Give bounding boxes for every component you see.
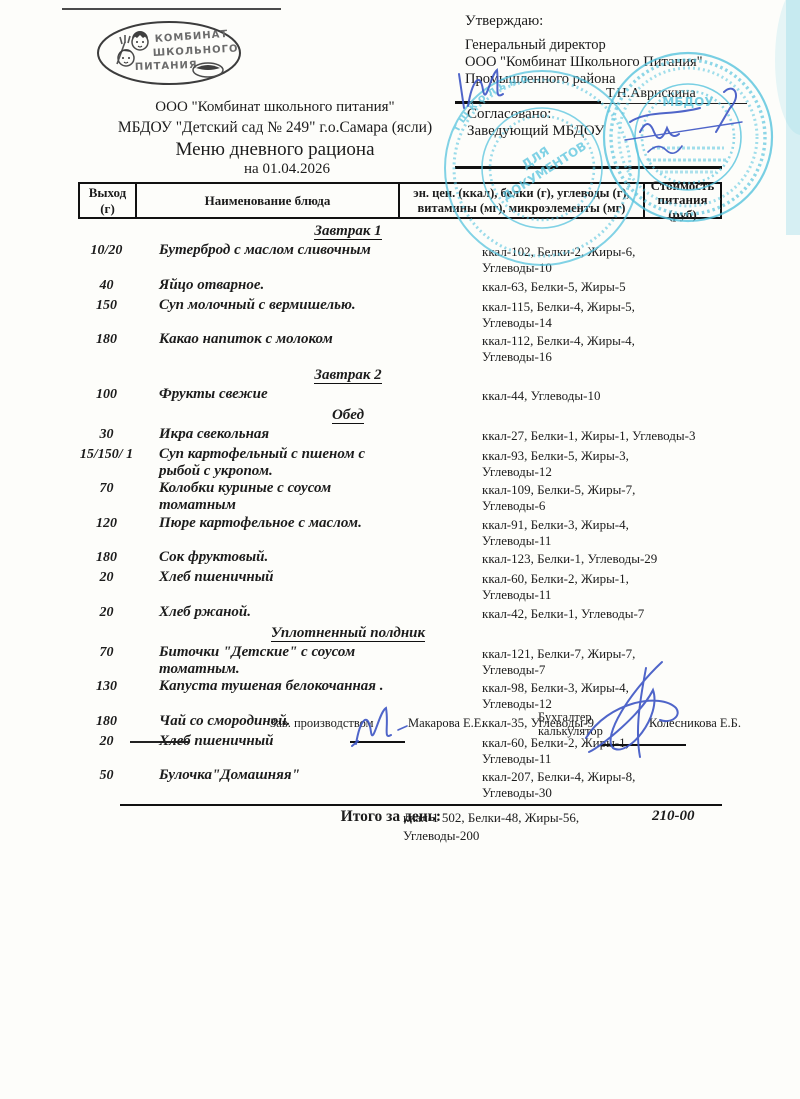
menu-row: 50 Булочка"Домашняя" ккал-207, Белки-4, … <box>78 767 722 802</box>
accountant-label: Бухгалтер калькулятор <box>538 711 603 739</box>
dish-nutrition: ккал-42, Белки-1, Углеводы-7 <box>407 604 697 622</box>
approver-name-underline <box>601 103 747 104</box>
menu-row: 180 Чай со смородиной. ккал-35, Углеводы… <box>78 713 722 733</box>
approver-org: ООО "Комбинат Школьного Питания" <box>465 54 765 71</box>
menu-row: 20 Хлеб пшеничный ккал-60, Белки-2, Жиры… <box>78 733 722 768</box>
school-meals-logo-icon: КОМБИНАТ ШКОЛЬНОГО ПИТАНИЯ <box>95 20 243 86</box>
right-signature-underline <box>600 744 686 746</box>
dish-name: Биточки "Детские" с соусом томатным. <box>135 644 407 679</box>
portion-size: 130 <box>78 678 135 696</box>
dish-name: Какао напиток с молоком <box>135 331 407 348</box>
menu-row: 20 Хлеб пшеничный ккал-60, Белки-2, Жиры… <box>78 569 722 604</box>
dish-name: Хлеб пшеничный <box>135 569 407 586</box>
menu-row: 30 Икра свекольная ккал-27, Белки-1, Жир… <box>78 426 722 446</box>
approver-name: Т.Н.Аврискина <box>606 86 696 102</box>
dish-name: Хлеб ржаной. <box>135 604 407 621</box>
portion-size: 70 <box>78 480 135 498</box>
column-header-nutrition: эн. цен. (ккал), белки (г), углеводы (г)… <box>400 184 645 217</box>
left-signature-underline <box>350 741 405 743</box>
portion-size: 20 <box>78 733 135 751</box>
dish-nutrition: ккал-27, Белки-1, Жиры-1, Углеводы-3 <box>407 426 697 444</box>
dish-name: Сок фруктовый. <box>135 549 407 566</box>
far-left-line <box>130 741 188 743</box>
dish-nutrition: ккал-63, Белки-5, Жиры-5 <box>407 277 697 295</box>
scan-edge-wash <box>775 0 800 235</box>
approver-role: Генеральный директор <box>465 37 765 54</box>
menu-row: 40 Яйцо отварное. ккал-63, Белки-5, Жиры… <box>78 277 722 297</box>
portion-size: 180 <box>78 331 135 349</box>
menu-row: 15/150/ 1 Суп картофельный с пшеном с ры… <box>78 446 722 481</box>
portion-size: 20 <box>78 569 135 587</box>
column-header-out: Выход (г) <box>80 184 137 217</box>
portion-size: 180 <box>78 549 135 567</box>
portion-size: 70 <box>78 644 135 662</box>
dish-name: Суп картофельный с пшеном с рыбой с укро… <box>135 446 407 481</box>
portion-size: 100 <box>78 386 135 404</box>
dish-nutrition: ккал-115, Белки-4, Жиры-5, Углеводы-14 <box>407 297 697 332</box>
accountant-name: Колесникова Е.Б. <box>649 716 741 731</box>
menu-section: Завтрак 1 10/20 Бутерброд с маслом сливо… <box>78 222 722 366</box>
production-manager-label: Зав. производством <box>270 716 374 731</box>
dish-nutrition: ккал-93, Белки-5, Жиры-3, Углеводы-12 <box>407 446 697 481</box>
portion-size: 180 <box>78 713 135 731</box>
dish-nutrition: ккал-109, Белки-5, Жиры-7, Углеводы-6 <box>407 480 697 515</box>
svg-text:ПИТАНИЯ: ПИТАНИЯ <box>135 60 198 73</box>
dish-name: Пюре картофельное с маслом. <box>135 515 407 532</box>
portion-size: 10/20 <box>78 242 135 260</box>
portion-size: 50 <box>78 767 135 785</box>
approve-label: Утверждаю: <box>465 13 543 30</box>
scanned-menu-document: КОМБИНАТ ШКОЛЬНОГО ПИТАНИЯ Утверждаю: Ге… <box>0 0 800 1099</box>
menu-row: 150 Суп молочный с вермишелью. ккал-115,… <box>78 297 722 332</box>
agree-role: Заведующий МБДОУ <box>467 123 605 140</box>
portion-size: 40 <box>78 277 135 295</box>
section-heading: Обед <box>78 406 618 426</box>
production-manager-name: Макарова Е.Е. <box>408 716 485 731</box>
menu-section: Обед 30 Икра свекольная ккал-27, Белки-1… <box>78 406 722 624</box>
column-header-dish: Наименование блюда <box>137 184 400 217</box>
section-heading: Завтрак 1 <box>78 222 618 242</box>
dish-name: Яйцо отварное. <box>135 277 407 294</box>
org-name: ООО "Комбинат школьного питания" <box>70 99 480 116</box>
menu-date: на 01.04.2026 <box>70 161 480 178</box>
logo-text: КОМБИНАТ ШКОЛЬНОГО ПИТАНИЯ <box>135 29 239 73</box>
dish-nutrition: ккал-91, Белки-3, Жиры-4, Углеводы-11 <box>407 515 697 550</box>
dish-name: Суп молочный с вермишелью. <box>135 297 407 314</box>
dish-nutrition: ккал-121, Белки-7, Жиры-7, Углеводы-7 <box>407 644 697 679</box>
dish-name: Булочка"Домашняя" <box>135 767 407 784</box>
dish-nutrition: ккал-123, Белки-1, Углеводы-29 <box>407 549 697 567</box>
daily-total-row: Итого за день: ккал-1 502, Белки-48, Жир… <box>120 804 722 856</box>
portion-size: 120 <box>78 515 135 533</box>
dish-nutrition: ккал-60, Белки-2, Жиры-1, Углеводы-11 <box>407 569 697 604</box>
menu-row: 180 Сок фруктовый. ккал-123, Белки-1, Уг… <box>78 549 722 569</box>
menu-row: 20 Хлеб ржаной. ккал-42, Белки-1, Углево… <box>78 604 722 624</box>
section-heading: Уплотненный полдник <box>78 624 618 644</box>
dish-nutrition: ккал-44, Углеводы-10 <box>407 386 697 404</box>
dish-nutrition: ккал-207, Белки-4, Жиры-8, Углеводы-30 <box>407 767 697 802</box>
institution-name: МБДОУ "Детский сад № 249" г.о.Самара (яс… <box>70 119 480 137</box>
dish-nutrition: ккал-112, Белки-4, Жиры-4, Углеводы-16 <box>407 331 697 366</box>
menu-row: 100 Фрукты свежие ккал-44, Углеводы-10 <box>78 386 722 406</box>
dish-nutrition: ккал-98, Белки-3, Жиры-4, Углеводы-12 <box>407 678 697 713</box>
menu-row: 70 Колобки куриные с соусом томатным кка… <box>78 480 722 515</box>
svg-text:ШКОЛЬНОГО: ШКОЛЬНОГО <box>153 44 239 59</box>
document-heading: ООО "Комбинат школьного питания" МБДОУ "… <box>70 99 480 178</box>
menu-row: 120 Пюре картофельное с маслом. ккал-91,… <box>78 515 722 550</box>
dish-name: Фрукты свежие <box>135 386 407 403</box>
agree-signature-line <box>455 166 722 169</box>
menu-section: Уплотненный полдник 70 Биточки "Детские"… <box>78 624 722 802</box>
total-nutrition: ккал-1 502, Белки-48, Жиры-56, Углеводы-… <box>403 809 618 845</box>
portion-size: 30 <box>78 426 135 444</box>
svg-text:КОМБИНАТ: КОМБИНАТ <box>154 29 228 45</box>
portion-size: 150 <box>78 297 135 315</box>
dish-name: Капуста тушеная белокочанная . <box>135 678 407 695</box>
dish-name: Бутерброд с маслом сливочным <box>135 242 407 259</box>
portion-size: 15/150/ 1 <box>78 446 135 464</box>
menu-body: Завтрак 1 10/20 Бутерброд с маслом сливо… <box>78 222 722 856</box>
total-cost: 210-00 <box>652 808 695 825</box>
page-title: Меню дневного рациона <box>70 139 480 161</box>
dish-nutrition: ккал-102, Белки-2, Жиры-6, Углеводы-10 <box>407 242 697 277</box>
dish-name: Икра свекольная <box>135 426 407 443</box>
menu-row: 180 Какао напиток с молоком ккал-112, Бе… <box>78 331 722 366</box>
menu-section: Завтрак 2 100 Фрукты свежие ккал-44, Угл… <box>78 366 722 406</box>
section-heading: Завтрак 2 <box>78 366 618 386</box>
menu-row: 10/20 Бутерброд с маслом сливочным ккал-… <box>78 242 722 277</box>
menu-row: 130 Капуста тушеная белокочанная . ккал-… <box>78 678 722 713</box>
dish-name: Колобки куриные с соусом томатным <box>135 480 407 515</box>
menu-row: 70 Биточки "Детские" с соусом томатным. … <box>78 644 722 679</box>
menu-table-header: Выход (г) Наименование блюда эн. цен. (к… <box>78 182 722 219</box>
portion-size: 20 <box>78 604 135 622</box>
column-header-cost: Стоимость питания (руб) <box>645 184 720 217</box>
letterhead-top-rule <box>62 8 281 10</box>
